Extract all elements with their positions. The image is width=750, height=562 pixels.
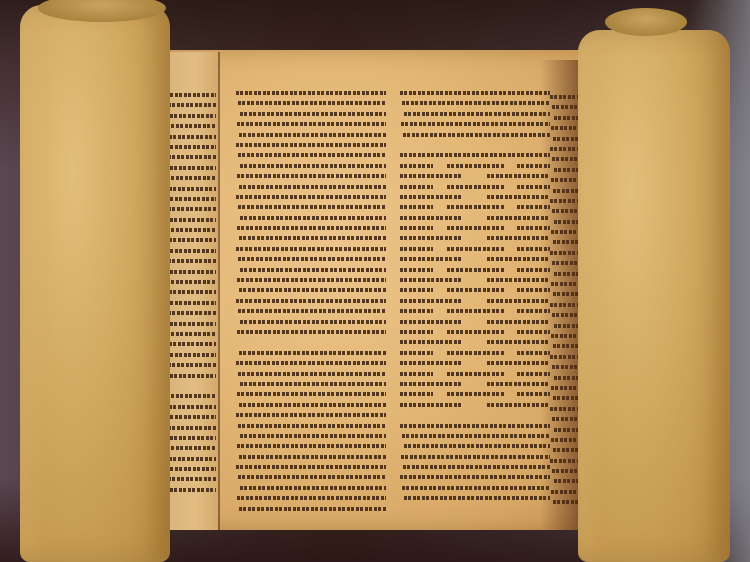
text-line xyxy=(236,150,386,160)
text-line xyxy=(166,173,216,183)
text-line xyxy=(166,287,216,297)
text-line xyxy=(236,348,386,358)
text-line xyxy=(400,223,550,233)
text-line xyxy=(166,371,216,381)
text-line xyxy=(400,483,550,493)
text-line xyxy=(236,171,386,181)
text-line xyxy=(236,254,386,264)
text-line xyxy=(400,389,550,399)
left-scroll-roller xyxy=(20,5,170,562)
text-line xyxy=(400,254,550,264)
text-line xyxy=(166,152,216,162)
text-line xyxy=(236,98,386,108)
text-line xyxy=(400,296,550,306)
text-line xyxy=(236,119,386,129)
text-line xyxy=(236,421,386,431)
text-line xyxy=(400,244,550,254)
text-line xyxy=(236,472,386,482)
text-line xyxy=(166,433,216,443)
text-line xyxy=(166,132,216,142)
text-line xyxy=(166,391,216,401)
text-line xyxy=(400,358,550,368)
text-line xyxy=(236,140,386,150)
main-prose-column xyxy=(236,88,386,514)
text-line xyxy=(236,233,386,243)
text-line xyxy=(236,327,386,337)
text-line xyxy=(166,184,216,194)
parchment-seam xyxy=(218,52,220,530)
text-line xyxy=(400,98,550,108)
text-line xyxy=(166,298,216,308)
text-line xyxy=(236,462,386,472)
text-line xyxy=(400,452,550,462)
text-line xyxy=(400,306,550,316)
text-line xyxy=(400,441,550,451)
text-line xyxy=(236,88,386,98)
text-line xyxy=(236,109,386,119)
text-line xyxy=(236,265,386,275)
paragraph-gap xyxy=(236,337,386,347)
text-line xyxy=(166,464,216,474)
text-line xyxy=(236,244,386,254)
text-line xyxy=(236,400,386,410)
text-line xyxy=(166,443,216,453)
text-line xyxy=(236,306,386,316)
text-line xyxy=(166,163,216,173)
text-line xyxy=(400,493,550,503)
text-line xyxy=(400,202,550,212)
text-line xyxy=(236,223,386,233)
text-line xyxy=(400,421,550,431)
text-line xyxy=(400,213,550,223)
text-line xyxy=(400,348,550,358)
text-line xyxy=(236,358,386,368)
text-line xyxy=(166,350,216,360)
text-line xyxy=(166,329,216,339)
text-line xyxy=(166,225,216,235)
text-line xyxy=(166,90,216,100)
text-line xyxy=(166,423,216,433)
text-line xyxy=(400,233,550,243)
text-line xyxy=(166,111,216,121)
text-line xyxy=(400,88,550,98)
paragraph-gap xyxy=(400,140,550,150)
text-line xyxy=(166,339,216,349)
paragraph-gap xyxy=(166,381,216,391)
text-line xyxy=(236,317,386,327)
text-line xyxy=(236,441,386,451)
right-roller-cap xyxy=(605,8,687,36)
text-line xyxy=(400,327,550,337)
text-line xyxy=(236,452,386,462)
paragraph-gap xyxy=(400,410,550,420)
text-line xyxy=(236,130,386,140)
text-line xyxy=(236,483,386,493)
text-line xyxy=(236,504,386,514)
text-line xyxy=(400,400,550,410)
text-line xyxy=(400,369,550,379)
text-line xyxy=(166,454,216,464)
text-line xyxy=(166,100,216,110)
text-line xyxy=(166,412,216,422)
text-line xyxy=(400,317,550,327)
text-line xyxy=(236,275,386,285)
text-line xyxy=(166,277,216,287)
text-line xyxy=(236,182,386,192)
text-line xyxy=(166,485,216,495)
text-line xyxy=(400,275,550,285)
partial-left-column xyxy=(166,90,216,495)
text-line xyxy=(400,161,550,171)
text-line xyxy=(236,369,386,379)
text-line xyxy=(236,493,386,503)
text-line xyxy=(166,308,216,318)
text-line xyxy=(236,213,386,223)
right-scroll-roller xyxy=(578,30,730,562)
text-line xyxy=(166,360,216,370)
text-line xyxy=(166,235,216,245)
song-of-the-sea-column xyxy=(400,88,550,504)
text-line xyxy=(236,296,386,306)
text-line xyxy=(166,215,216,225)
text-line xyxy=(400,119,550,129)
text-line xyxy=(166,474,216,484)
text-line xyxy=(236,431,386,441)
text-line xyxy=(166,204,216,214)
text-line xyxy=(400,150,550,160)
text-line xyxy=(236,389,386,399)
text-line xyxy=(400,192,550,202)
text-line xyxy=(166,194,216,204)
text-line xyxy=(236,202,386,212)
text-line xyxy=(166,256,216,266)
text-line xyxy=(166,246,216,256)
text-line xyxy=(166,142,216,152)
text-line xyxy=(400,337,550,347)
text-line xyxy=(166,402,216,412)
text-line xyxy=(400,431,550,441)
text-line xyxy=(236,192,386,202)
text-line xyxy=(400,462,550,472)
text-line xyxy=(236,410,386,420)
text-line xyxy=(400,182,550,192)
text-line xyxy=(236,379,386,389)
text-line xyxy=(400,130,550,140)
text-line xyxy=(400,379,550,389)
text-line xyxy=(400,285,550,295)
text-line xyxy=(400,109,550,119)
text-line xyxy=(236,161,386,171)
text-line xyxy=(400,472,550,482)
text-line xyxy=(400,171,550,181)
text-line xyxy=(166,121,216,131)
text-line xyxy=(166,319,216,329)
text-line xyxy=(236,285,386,295)
text-line xyxy=(166,267,216,277)
text-line xyxy=(400,265,550,275)
